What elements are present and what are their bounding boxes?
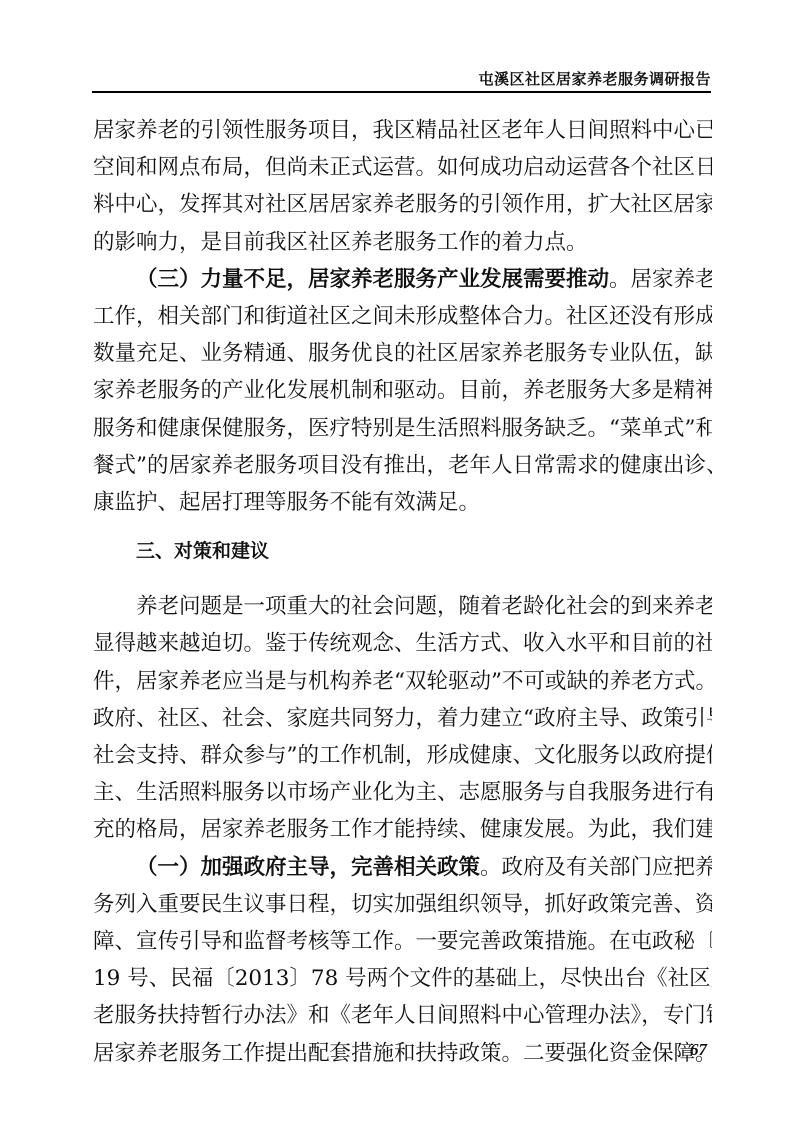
- paragraph-3: 养老问题是一项重大的社会问题，随着老龄化社会的到来养老课题 显得越来越迫切。鉴于…: [93, 588, 712, 848]
- text-line: 政府、社区、社会、家庭共同努力，着力建立“政府主导、政策引导、: [93, 700, 712, 737]
- paragraph-4: （一）加强政府主导，完善相关政策。政府及有关部门应把养老服 务列入重要民生议事日…: [93, 849, 712, 1072]
- text-line: （一）加强政府主导，完善相关政策。政府及有关部门应把养老服: [93, 849, 712, 886]
- text-line: （三）力量不足，居家养老服务产业发展需要推动。居家养老服务: [93, 261, 712, 298]
- running-head: 屯溪区社区居家养老服务调研报告: [92, 68, 711, 89]
- text-line: 养老问题是一项重大的社会问题，随着老龄化社会的到来养老课题: [93, 588, 712, 625]
- text-line: 餐式”的居家养老服务项目没有推出，老年人日常需求的健康出诊、健: [93, 447, 712, 484]
- text-run: 。居家养老服务: [609, 267, 712, 292]
- text-line: 障、宣传引导和监督考核等工作。一要完善政策措施。在屯政秘〔2012〕: [93, 923, 712, 960]
- text-line: 服务和健康保健服务，医疗特别是生活照料服务缺乏。“菜单式”和“套: [93, 410, 712, 447]
- text-line: 康监护、起居打理等服务不能有效满足。: [93, 484, 712, 521]
- section-heading: 三、对策和建议: [93, 533, 712, 570]
- text-line: 数量充足、业务精通、服务优良的社区居家养老服务专业队伍，缺少居: [93, 335, 712, 372]
- text-line: 件，居家养老应当是与机构养老“双轮驱动”不可或缺的养老方式。只有: [93, 663, 712, 700]
- page-number: 67: [690, 1040, 707, 1060]
- text-line: 务列入重要民生议事日程，切实加强组织领导，抓好政策完善、资金保: [93, 886, 712, 923]
- paragraph-2: （三）力量不足，居家养老服务产业发展需要推动。居家养老服务 工作，相关部门和街道…: [93, 261, 712, 521]
- text-line: 充的格局，居家养老服务工作才能持续、健康发展。为此，我们建议：: [93, 811, 712, 848]
- text-line: 居家养老的引领性服务项目，我区精品社区老年人日间照料中心已完成: [93, 112, 712, 149]
- text-line: 居家养老服务工作提出配套措施和扶持政策。二要强化资金保障。增加: [93, 1035, 712, 1072]
- header-rule: [92, 91, 711, 93]
- text-line: 社会支持、群众参与”的工作机制，形成健康、文化服务以政府提供为: [93, 737, 712, 774]
- text-line: 老服务扶持暂行办法》和《老年人日间照料中心管理办法》，专门针对: [93, 997, 712, 1034]
- text-line: 空间和网点布局，但尚未正式运营。如何成功启动运营各个社区日间照: [93, 149, 712, 186]
- text-line: 工作，相关部门和街道社区之间未形成整体合力。社区还没有形成一支: [93, 298, 712, 335]
- subheading-3: （三）力量不足，居家养老服务产业发展需要推动: [136, 267, 609, 292]
- paragraph-1: 居家养老的引领性服务项目，我区精品社区老年人日间照料中心已完成 空间和网点布局，…: [93, 112, 712, 261]
- text-line: 家养老服务的产业化发展机制和驱动。目前，养老服务大多是精神文化: [93, 372, 712, 409]
- text-line: 显得越来越迫切。鉴于传统观念、生活方式、收入水平和目前的社会条: [93, 625, 712, 662]
- subheading-1: （一）加强政府主导，完善相关政策: [136, 855, 480, 880]
- text-line: 19 号、民福〔2013〕78 号两个文件的基础上，尽快出台《社区居家养: [93, 960, 712, 997]
- text-line: 主、生活照料服务以市场产业化为主、志愿服务与自我服务进行有益补: [93, 774, 712, 811]
- document-body: 居家养老的引领性服务项目，我区精品社区老年人日间照料中心已完成 空间和网点布局，…: [93, 112, 712, 1072]
- text-line: 的影响力，是目前我区社区养老服务工作的着力点。: [93, 224, 712, 261]
- text-run: 。政府及有关部门应把养老服: [480, 855, 712, 880]
- text-line: 料中心，发挥其对社区居居家养老服务的引领作用，扩大社区居家养老: [93, 186, 712, 223]
